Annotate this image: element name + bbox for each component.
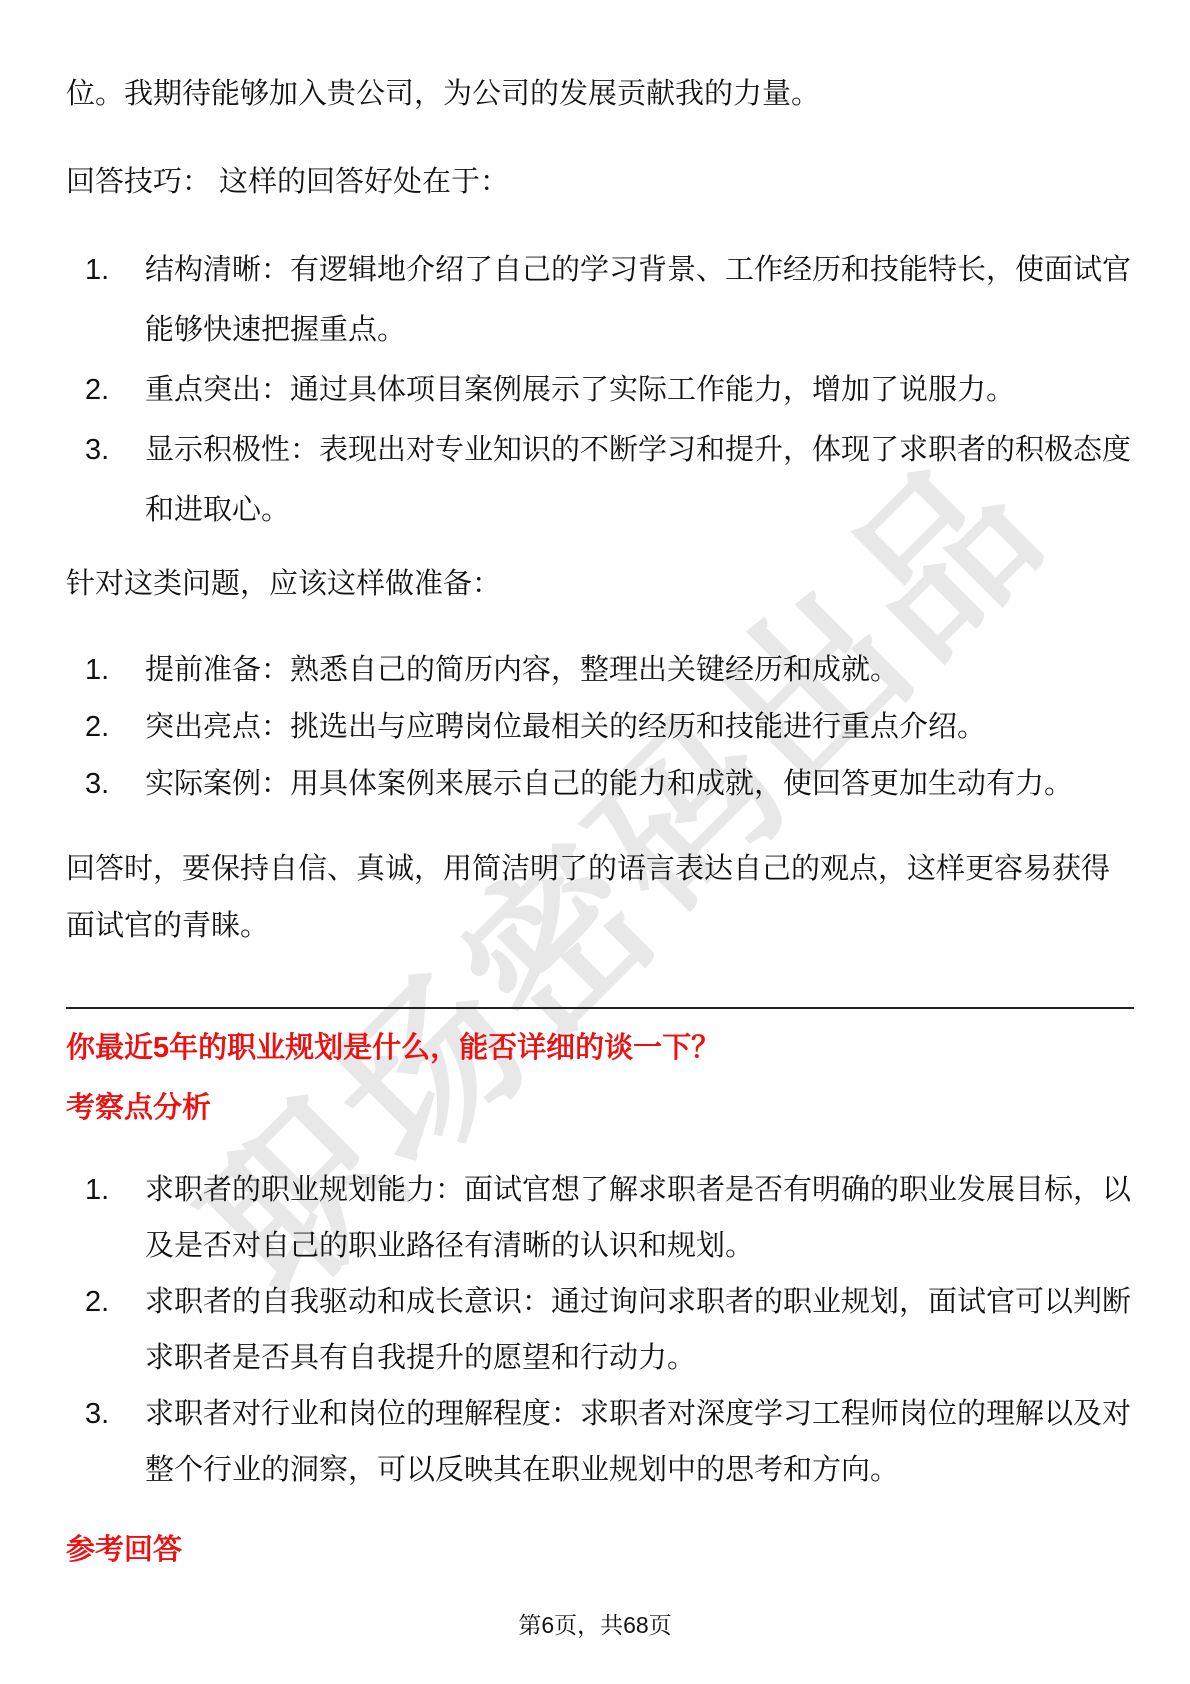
list-item: 2. 突出亮点：挑选出与应聘岗位最相关的经历和技能进行重点介绍。 bbox=[66, 699, 1134, 756]
list-item: 3. 求职者对行业和岗位的理解程度：求职者对深度学习工程师岗位的理解以及对整个行… bbox=[66, 1386, 1134, 1498]
list-item-text: 求职者对行业和岗位的理解程度：求职者对深度学习工程师岗位的理解以及对整个行业的洞… bbox=[145, 1386, 1134, 1498]
answer-tips-heading: 回答技巧： 这样的回答好处在于： bbox=[66, 152, 1134, 212]
list-item-number: 1. bbox=[85, 240, 145, 360]
page-number-footer: 第6页，共68页 bbox=[0, 1608, 1190, 1642]
list-item-text: 求职者的自我驱动和成长意识：通过询问求职者的职业规划，面试官可以判断求职者是否具… bbox=[145, 1274, 1134, 1386]
analysis-list: 1. 求职者的职业规划能力：面试官想了解求职者是否有明确的职业发展目标，以及是否… bbox=[66, 1162, 1134, 1498]
list-item: 3. 实际案例：用具体案例来展示自己的能力和成就，使回答更加生动有力。 bbox=[66, 756, 1134, 813]
document-page: 职场密码出品 位。我期待能够加入贵公司，为公司的发展贡献我的力量。 回答技巧： … bbox=[0, 0, 1190, 1684]
list-item-text: 结构清晰：有逻辑地介绍了自己的学习背景、工作经历和技能特长，使面试官能够快速把握… bbox=[145, 240, 1134, 360]
list-item-text: 重点突出：通过具体项目案例展示了实际工作能力，增加了说服力。 bbox=[145, 360, 1134, 420]
list-item: 2. 求职者的自我驱动和成长意识：通过询问求职者的职业规划，面试官可以判断求职者… bbox=[66, 1274, 1134, 1386]
list-item-text: 显示积极性：表现出对专业知识的不断学习和提升，体现了求职者的积极态度和进取心。 bbox=[145, 420, 1134, 540]
list-item: 1. 结构清晰：有逻辑地介绍了自己的学习背景、工作经历和技能特长，使面试官能够快… bbox=[66, 240, 1134, 360]
preparation-list: 1. 提前准备：熟悉自己的简历内容，整理出关键经历和成就。 2. 突出亮点：挑选… bbox=[66, 642, 1134, 813]
answer-tips-list: 1. 结构清晰：有逻辑地介绍了自己的学习背景、工作经历和技能特长，使面试官能够快… bbox=[66, 240, 1134, 540]
list-item: 1. 求职者的职业规划能力：面试官想了解求职者是否有明确的职业发展目标，以及是否… bbox=[66, 1162, 1134, 1274]
list-item: 2. 重点突出：通过具体项目案例展示了实际工作能力，增加了说服力。 bbox=[66, 360, 1134, 420]
list-item-number: 3. bbox=[85, 756, 145, 813]
list-item-number: 2. bbox=[85, 1274, 145, 1386]
list-item-text: 突出亮点：挑选出与应聘岗位最相关的经历和技能进行重点介绍。 bbox=[145, 699, 1134, 756]
list-item-number: 2. bbox=[85, 360, 145, 420]
list-item-number: 1. bbox=[85, 1162, 145, 1274]
list-item: 1. 提前准备：熟悉自己的简历内容，整理出关键经历和成就。 bbox=[66, 642, 1134, 699]
intro-paragraph: 位。我期待能够加入贵公司，为公司的发展贡献我的力量。 bbox=[66, 64, 1134, 124]
list-item-number: 2. bbox=[85, 699, 145, 756]
list-item-number: 1. bbox=[85, 642, 145, 699]
list-item-number: 3. bbox=[85, 420, 145, 540]
list-item-text: 求职者的职业规划能力：面试官想了解求职者是否有明确的职业发展目标，以及是否对自己… bbox=[145, 1162, 1134, 1274]
list-item: 3. 显示积极性：表现出对专业知识的不断学习和提升，体现了求职者的积极态度和进取… bbox=[66, 420, 1134, 540]
list-item-text: 实际案例：用具体案例来展示自己的能力和成就，使回答更加生动有力。 bbox=[145, 756, 1134, 813]
page-content: 位。我期待能够加入贵公司，为公司的发展贡献我的力量。 回答技巧： 这样的回答好处… bbox=[66, 64, 1134, 1580]
next-question-title: 你最近5年的职业规划是什么，能否详细的谈一下？ bbox=[66, 1018, 1134, 1078]
reference-answer-heading: 参考回答 bbox=[66, 1520, 1134, 1580]
analysis-heading: 考察点分析 bbox=[66, 1078, 1134, 1138]
closing-paragraph: 回答时，要保持自信、真诚，用简洁明了的语言表达自己的观点，这样更容易获得面试官的… bbox=[66, 841, 1134, 955]
list-item-text: 提前准备：熟悉自己的简历内容，整理出关键经历和成就。 bbox=[145, 642, 1134, 699]
section-divider bbox=[66, 1007, 1134, 1009]
preparation-heading: 针对这类问题，应该这样做准备： bbox=[66, 554, 1134, 614]
list-item-number: 3. bbox=[85, 1386, 145, 1498]
